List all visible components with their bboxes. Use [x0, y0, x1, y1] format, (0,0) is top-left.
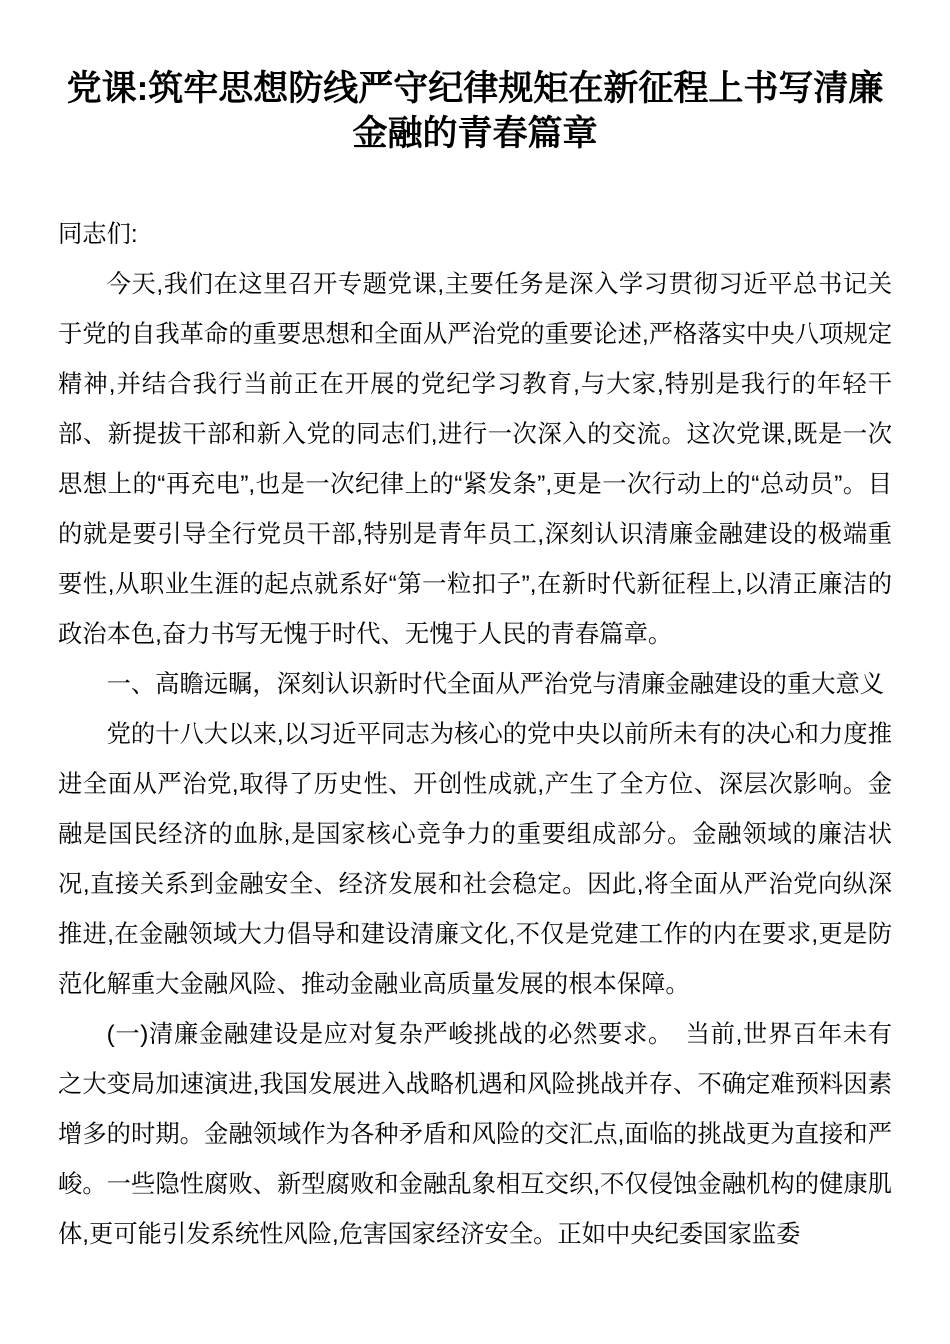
- document-title: 党课:筑牢思想防线严守纪律规矩在新征程上书写清廉金融的青春篇章: [58, 66, 892, 156]
- document-body: 同志们:今天,我们在这里召开专题党课,主要任务是深入学习贯彻习近平总书记关于党的…: [58, 210, 892, 1260]
- paragraph: 一、高瞻远瞩，深刻认识新时代全面从严治党与清廉金融建设的重大意义: [58, 660, 892, 710]
- paragraph: 今天,我们在这里召开专题党课,主要任务是深入学习贯彻习近平总书记关于党的自我革命…: [58, 260, 892, 660]
- document-page: 党课:筑牢思想防线严守纪律规矩在新征程上书写清廉金融的青春篇章 同志们:今天,我…: [0, 0, 950, 1344]
- paragraph: (一)清廉金融建设是应对复杂严峻挑战的必然要求。 当前,世界百年未有之大变局加速…: [58, 1010, 892, 1260]
- paragraph: 党的十八大以来,以习近平同志为核心的党中央以前所未有的决心和力度推进全面从严治党…: [58, 710, 892, 1010]
- paragraph: 同志们:: [58, 210, 892, 260]
